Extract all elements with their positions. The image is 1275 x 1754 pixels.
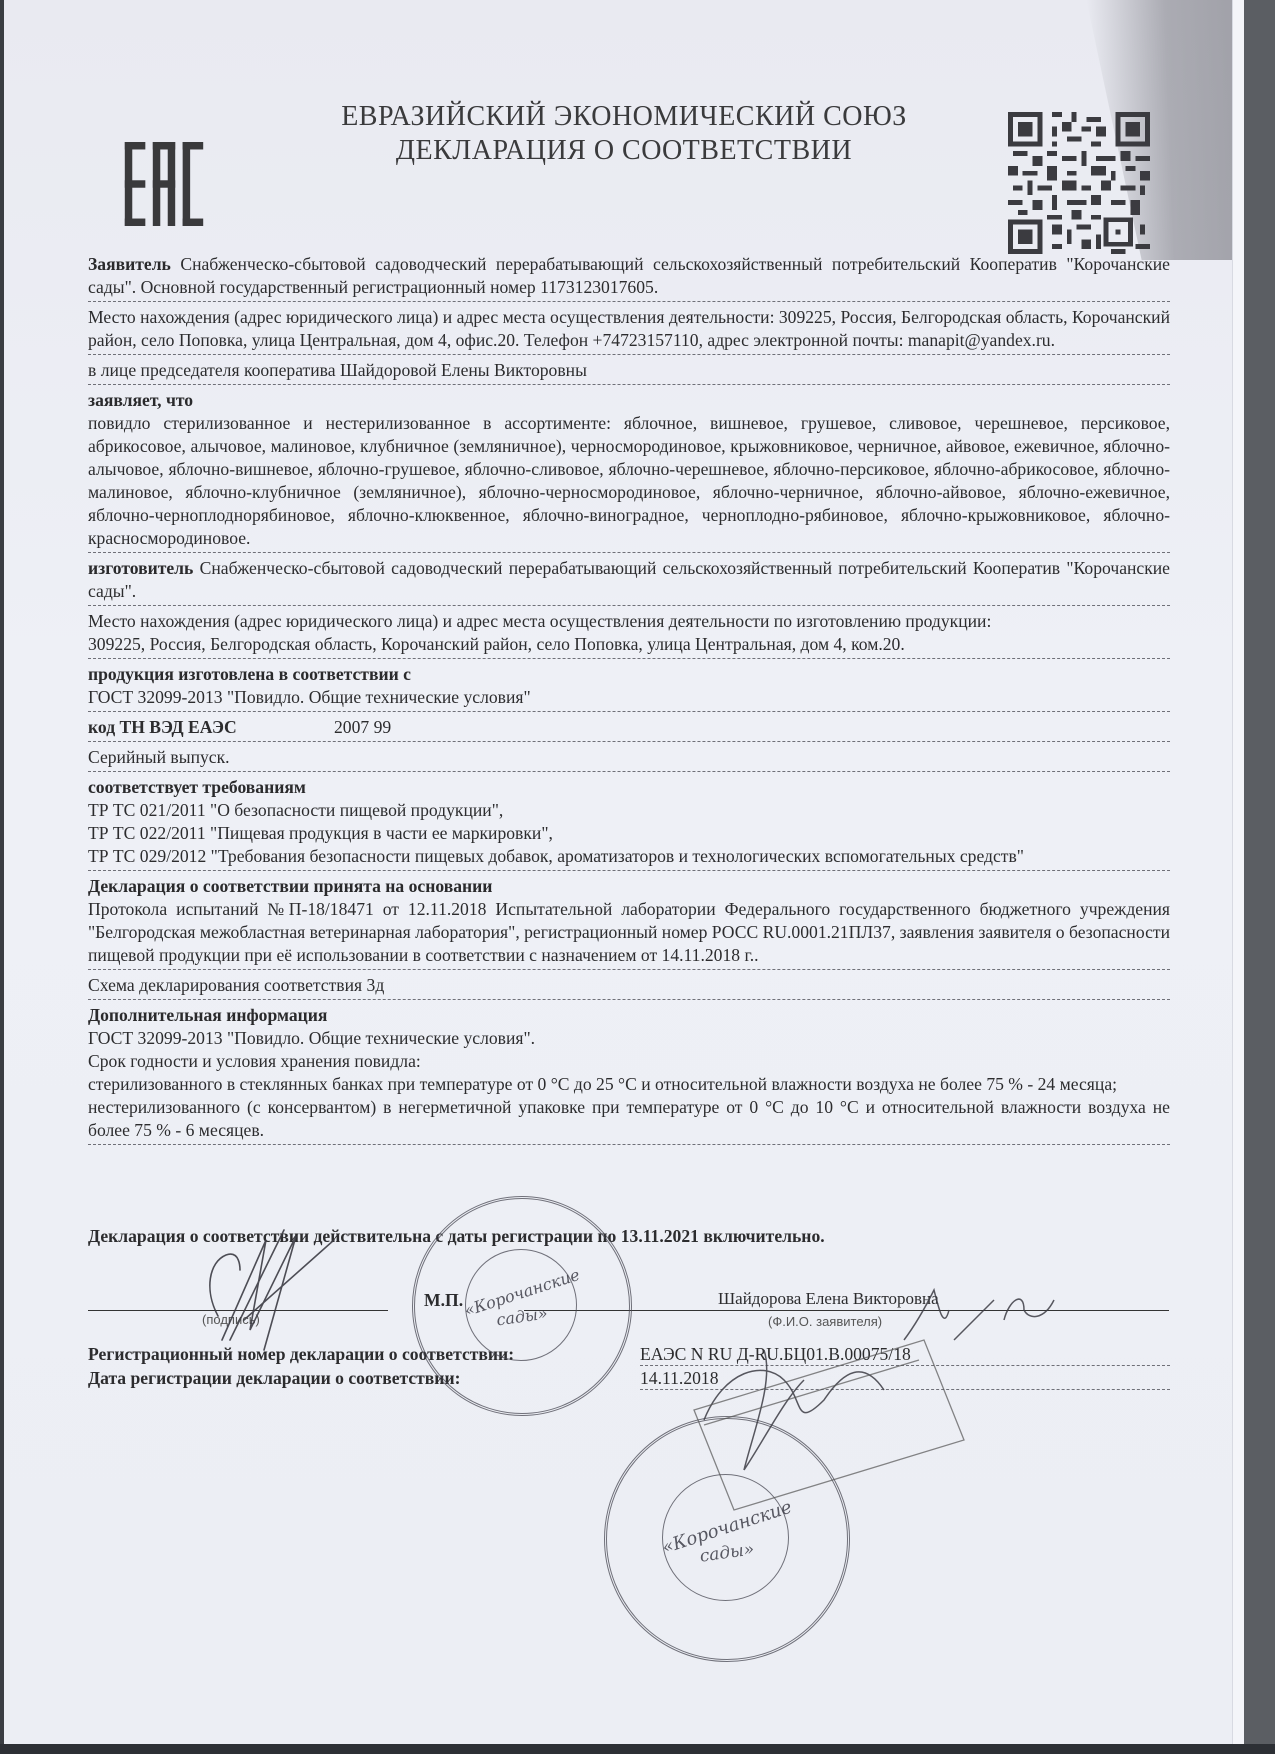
document-page: ЕВРАЗИЙСКИЙ ЭКОНОМИЧЕСКИЙ СОЮЗ ДЕКЛАРАЦИ… bbox=[4, 0, 1244, 1744]
eac-mark-icon bbox=[122, 142, 206, 226]
basis-text: Протокола испытаний №П-18/18471 от 12.11… bbox=[88, 898, 1170, 967]
manufacturer-address: Место нахождения (адрес юридического лиц… bbox=[88, 609, 1170, 659]
signature-applicant-icon bbox=[210, 1230, 334, 1350]
manufacturer-section: изготовитель Снабженческо-сбытовой садов… bbox=[88, 556, 1170, 606]
declaration-scheme: Схема декларирования соответствия 3д bbox=[88, 973, 1170, 1000]
signature-caption: (подпись) bbox=[202, 1312, 260, 1327]
hs-code-row: код ТН ВЭД ЕАЭС 2007 99 bbox=[88, 715, 1170, 742]
scan-background bbox=[1244, 0, 1275, 1754]
company-seal-stamp: «Корочанские сады» bbox=[412, 1196, 632, 1416]
manufacturer-text: Снабженческо-сбытовой садоводческий пере… bbox=[88, 558, 1170, 601]
company-seal-stamp-secondary: «Корочанские сады» bbox=[604, 1416, 850, 1662]
hs-code-label: код ТН ВЭД ЕАЭС bbox=[88, 716, 334, 739]
manufacturer-label: изготовитель bbox=[88, 558, 193, 578]
regulation-item: ТР ТС 021/2011 "О безопасности пищевой п… bbox=[88, 799, 1170, 822]
title-union: ЕВРАЗИЙСКИЙ ЭКОНОМИЧЕСКИЙ СОЮЗ bbox=[304, 100, 944, 134]
additional-info-label: Дополнительная информация bbox=[88, 1004, 1170, 1027]
shelf-life-heading: Срок годности и условия хранения повидла… bbox=[88, 1050, 1170, 1073]
hs-code-value: 2007 99 bbox=[334, 716, 391, 739]
release-type: Серийный выпуск. bbox=[88, 745, 1170, 772]
registration-date-value: 14.11.2018 bbox=[640, 1368, 1170, 1390]
product-list: повидло стерилизованное и нестерилизован… bbox=[88, 412, 1170, 550]
qr-code-icon bbox=[1008, 112, 1150, 254]
scan-background-bottom bbox=[0, 1744, 1275, 1754]
regulation-item: ТР ТС 022/2011 "Пищевая продукция в част… bbox=[88, 822, 1170, 845]
additional-standard: ГОСТ 32099-2013 "Повидло. Общие техничес… bbox=[88, 1027, 1170, 1050]
applicant-name: Шайдорова Елена Викторовна bbox=[718, 1289, 939, 1309]
document-title: ЕВРАЗИЙСКИЙ ЭКОНОМИЧЕСКИЙ СОЮЗ ДЕКЛАРАЦИ… bbox=[304, 100, 944, 168]
produced-per-standard: ГОСТ 32099-2013 "Повидло. Общие техничес… bbox=[88, 686, 1170, 709]
manufacturer-address-intro: Место нахождения (адрес юридического лиц… bbox=[88, 610, 1170, 633]
additional-info-section: Дополнительная информация ГОСТ 32099-201… bbox=[88, 1003, 1170, 1145]
declares-label: заявляет, что bbox=[88, 389, 1170, 412]
page-edge bbox=[1232, 0, 1244, 1744]
declares-section: заявляет, что повидло стерилизованное и … bbox=[88, 388, 1170, 553]
manufacturer-address-value: 309225, Россия, Белгородская область, Ко… bbox=[88, 633, 1170, 656]
produced-per-label: продукция изготовлена в соответствии с bbox=[88, 663, 1170, 686]
applicant-address: Место нахождения (адрес юридического лиц… bbox=[88, 305, 1170, 355]
basis-section: Декларация о соответствии принята на осн… bbox=[88, 874, 1170, 970]
signature-line bbox=[88, 1310, 388, 1311]
produced-per-section: продукция изготовлена в соответствии с Г… bbox=[88, 662, 1170, 712]
regulation-item: ТР ТС 029/2012 "Требования безопасности … bbox=[88, 845, 1170, 868]
applicant-label: Заявитель bbox=[88, 254, 171, 274]
shelf-life-non-sterilized: нестерилизованного (с консервантом) в не… bbox=[88, 1096, 1170, 1142]
eac-logo bbox=[122, 142, 206, 226]
shelf-life-sterilized: стерилизованного в стеклянных банках при… bbox=[88, 1073, 1170, 1096]
title-declaration: ДЕКЛАРАЦИЯ О СООТВЕТСТВИИ bbox=[304, 134, 944, 168]
declaration-body: Заявитель Снабженческо-сбытовой садоводч… bbox=[88, 252, 1170, 1145]
applicant-text: Снабженческо-сбытовой садоводческий пере… bbox=[88, 254, 1170, 297]
represented-by: в лице председателя кооператива Шайдоров… bbox=[88, 358, 1170, 385]
registration-number-value: ЕАЭС N RU Д-RU.БЦ01.В.00075/18 bbox=[640, 1344, 1170, 1366]
applicant-section: Заявитель Снабженческо-сбытовой садоводч… bbox=[88, 252, 1170, 302]
basis-label: Декларация о соответствии принята на осн… bbox=[88, 875, 1170, 898]
applicant-name-caption: (Ф.И.О. заявителя) bbox=[768, 1314, 882, 1329]
complies-section: соответствует требованиям ТР ТС 021/2011… bbox=[88, 775, 1170, 871]
registration-date-label: Дата регистрации декларации о соответств… bbox=[88, 1368, 460, 1389]
complies-label: соответствует требованиям bbox=[88, 776, 1170, 799]
